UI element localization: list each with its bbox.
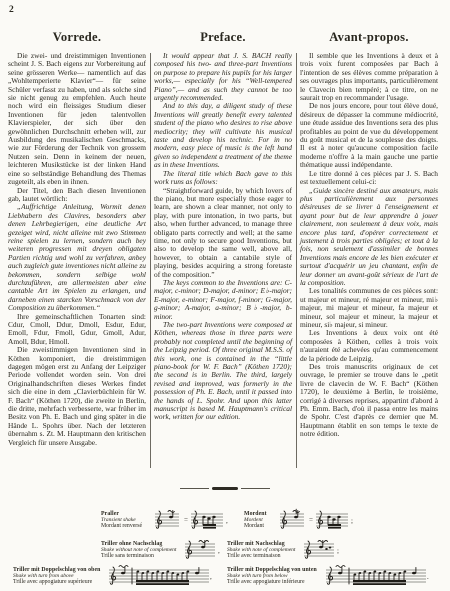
ornament-name-fr: Mordant xyxy=(244,523,267,529)
paragraph: It would appear that J. S. BACH really c… xyxy=(154,52,292,102)
equals-sign: = xyxy=(309,516,313,524)
paragraph: Des trois manuscrits originaux de cet ou… xyxy=(300,363,438,439)
ornament-name-fr: Trille avec appogiature inférieure xyxy=(227,579,317,585)
music-notation-trill-complement-icon: ; xyxy=(300,538,342,562)
paragraph: The literal title which Bach gave to thi… xyxy=(154,170,292,187)
ornament-labels: Mordent Mordent Mordant xyxy=(244,511,267,529)
trailing-punctuation: , xyxy=(226,517,228,525)
ornament-labels: Triller ohne Nachschlag Shake without no… xyxy=(101,541,176,559)
trailing-punctuation: . xyxy=(427,573,429,581)
heading-english: Preface. xyxy=(154,30,292,44)
ornament-triller-doppelschlag-oben: Triller mit Doppelschlag von oben Shake … xyxy=(13,564,215,588)
ornament-name-fr: Trille sans terminaison xyxy=(101,553,176,559)
section-divider-ornament-rule xyxy=(180,487,270,490)
ornament-triller-ohne-nachschlag: Triller ohne Nachschlag Shake without no… xyxy=(101,538,223,562)
ornament-mordent: Mordent Mordent Mordant = xyxy=(244,508,356,532)
equals-sign: = xyxy=(184,516,188,524)
paragraph: The keys common to the Inventions are: C… xyxy=(154,279,292,321)
trailing-punctuation: ; xyxy=(351,517,353,525)
music-notation-trill-run-icon: , xyxy=(105,564,215,588)
ornament-triller-mit-nachschlag: Triller mit Nachschlag Shake with note o… xyxy=(227,538,342,562)
ornament-labels: Triller mit Doppelschlag von oben Shake … xyxy=(13,567,100,585)
ornament-labels: Triller mit Nachschlag Shake with note o… xyxy=(227,541,295,559)
ornament-praller: Praller Transient shake Mordant renversé… xyxy=(101,508,231,532)
ornament-labels: Triller mit Doppelschlag von unten Shake… xyxy=(227,567,317,585)
paragraph: Il semble que les Inventions à deux et à… xyxy=(300,52,438,102)
paragraph-quote: “Straightforward guide, by which lovers … xyxy=(154,187,292,279)
music-notation-mordent-icon: = ; xyxy=(272,508,356,532)
score-preface-page: 2 Vorrede. Die zwei- und dreistimmigen I… xyxy=(0,0,450,591)
ornament-name-fr: Mordant renversé xyxy=(101,523,142,529)
paragraph: De nos jours encore, pour tout élève dou… xyxy=(300,102,438,169)
paragraph-quote: „Auffrichtige Anleitung, Wormit denen Li… xyxy=(8,203,146,312)
column-german: Vorrede. Die zwei- und dreistimmigen Inv… xyxy=(8,30,146,480)
paragraph: Die zweistimmigen Inventionen sind in Kö… xyxy=(8,346,146,447)
paragraph: Le titre donné à ces pièces par J. S. Ba… xyxy=(300,170,438,187)
paragraph: Ihre gemeinschaftlichen Tonarten sind: C… xyxy=(8,313,146,347)
column-english: Preface. It would appear that J. S. BACH… xyxy=(154,30,292,480)
trailing-punctuation: ; xyxy=(337,547,339,555)
ornament-name-fr: Trille avec terminaison xyxy=(227,553,295,559)
ornament-triller-doppelschlag-unten: Triller mit Doppelschlag von unten Shake… xyxy=(227,564,432,588)
paragraph: Die zwei- und dreistimmigen Inventionen … xyxy=(8,52,146,187)
paragraph: And to this day, a diligent study of the… xyxy=(154,102,292,169)
ornament-labels: Praller Transient shake Mordant renversé xyxy=(101,511,142,529)
ornament-table: Praller Transient shake Mordant renversé… xyxy=(0,500,450,591)
three-column-preface: Vorrede. Die zwei- und dreistimmigen Inv… xyxy=(8,30,438,480)
ornament-name-fr: Trille avec appogiature supérieure xyxy=(13,579,100,585)
column-divider xyxy=(150,53,151,468)
paragraph: The two-part Inventions were composed at… xyxy=(154,321,292,422)
trailing-punctuation: , xyxy=(210,573,212,581)
paragraph: Les Inventions à deux voix ont été compo… xyxy=(300,329,438,363)
trailing-punctuation: , xyxy=(218,547,220,555)
music-notation-praller-icon: = , xyxy=(147,508,231,532)
music-notation-trill-run-icon: . xyxy=(322,564,432,588)
column-divider xyxy=(296,53,297,468)
paragraph: Les tonalités communes de ces pièces son… xyxy=(300,287,438,329)
column-french: Avant-propos. Il semble que les Inventio… xyxy=(300,30,438,480)
paragraph: Der Titel, den Bach diesen Inventionen g… xyxy=(8,187,146,204)
paragraph-quote: „Guide sincère destiné aux amateurs, mai… xyxy=(300,187,438,288)
heading-german: Vorrede. xyxy=(8,30,146,44)
music-notation-trill-icon: , xyxy=(181,538,223,562)
heading-french: Avant-propos. xyxy=(300,30,438,44)
page-number: 2 xyxy=(9,5,14,15)
